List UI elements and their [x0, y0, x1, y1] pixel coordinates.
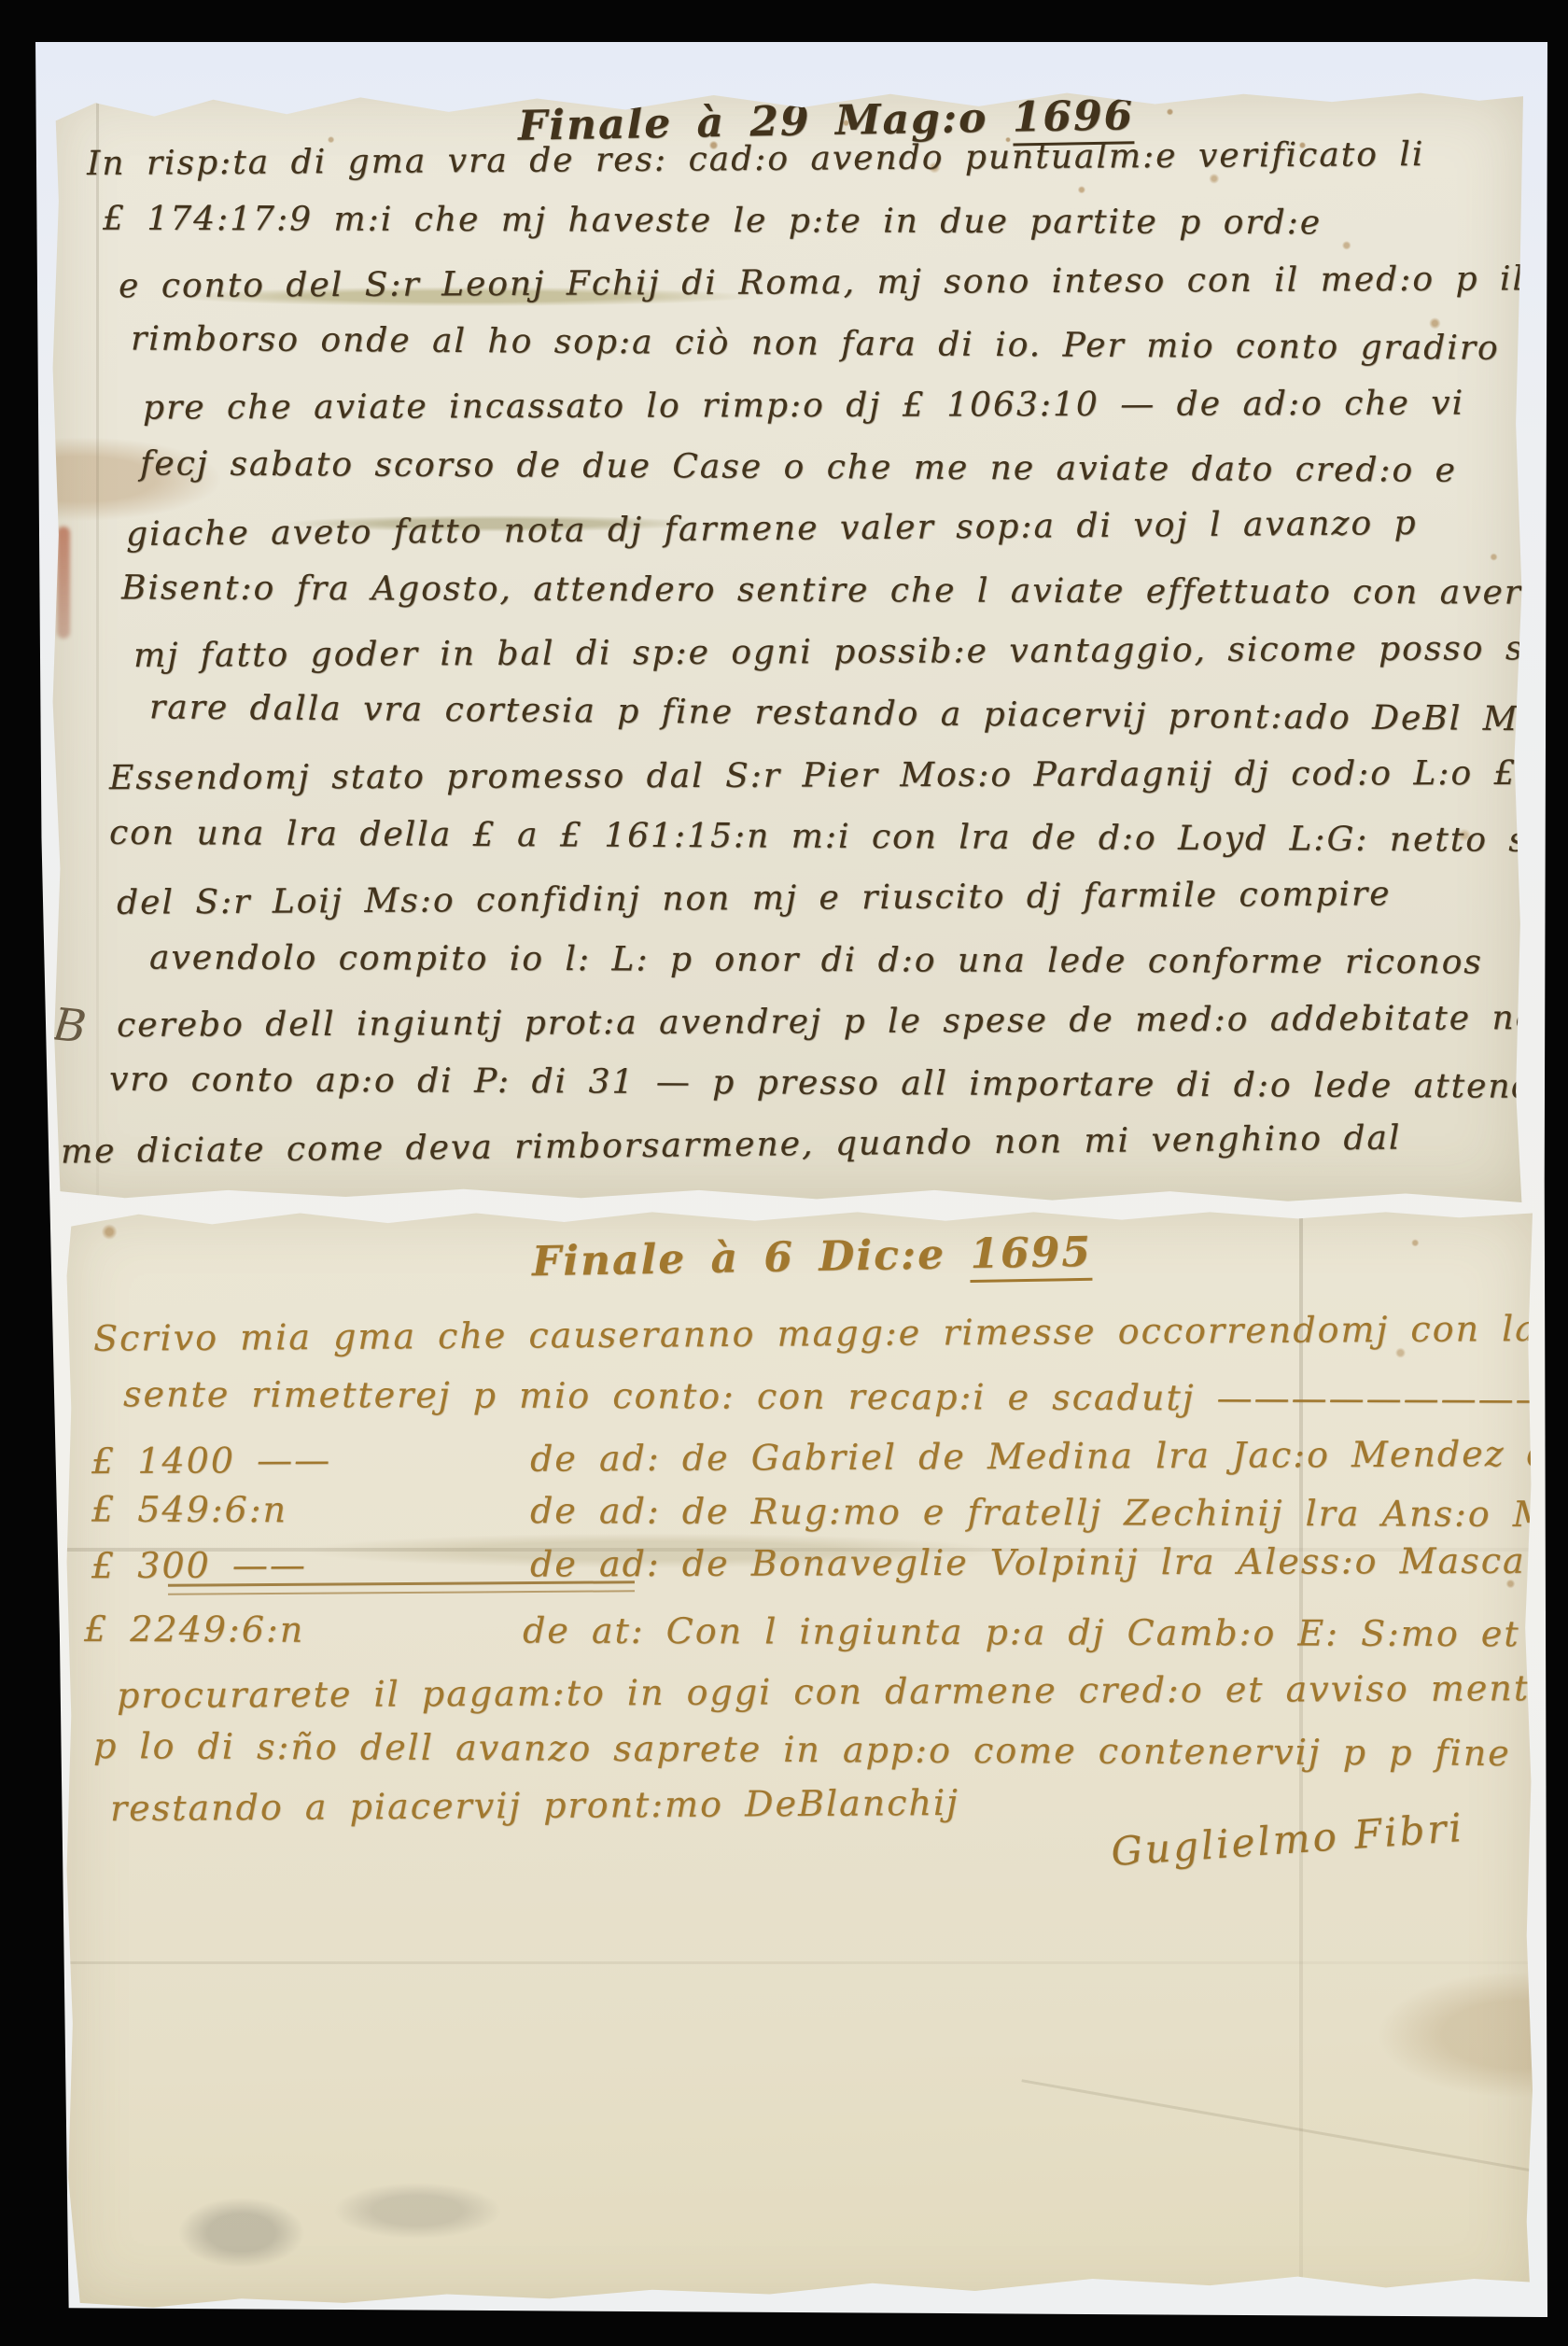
fold-crease	[96, 90, 99, 1202]
amount-text: de ad: de Bonaveglie Volpinij lra Aless:…	[530, 1539, 1533, 1585]
manuscript-line: vro conto ap:o di P: di 31 — p presso al…	[109, 1061, 1523, 1107]
manuscript-line: avendolo compito io l: L: p onor di d:o …	[149, 939, 1483, 982]
manuscript-line: Bisent:o fra Agosto, attendero sentire c…	[121, 569, 1522, 611]
sum-rule	[168, 1580, 635, 1594]
margin-mark: B	[51, 998, 89, 1053]
manuscript-line: e conto del S:r Leonj Fchij di Roma, mj …	[119, 260, 1523, 305]
manuscript-line: Scrivo mia gma che causeranno magg:e rim…	[93, 1307, 1533, 1358]
manuscript-line: me diciate come deva rimborsarmene, quan…	[61, 1118, 1402, 1171]
manuscript-line: del S:r Loij Ms:o confidinj non mj e riu…	[117, 875, 1392, 922]
amount-text: de ad: de Gabriel de Medina lra Jac:o Me…	[530, 1431, 1533, 1480]
manuscript-line: rare dalla vra cortesia p fine restando …	[149, 688, 1523, 738]
dateline-text: Finale à 6 Dic:e	[532, 1231, 946, 1286]
red-stain	[57, 527, 70, 639]
dateline-year: 1695	[970, 1229, 1092, 1283]
manuscript-line: Essendomj stato promesso dal S:r Pier Mo…	[109, 753, 1523, 797]
ledger-row: £ 300 —— de ad: de Bonaveglie Volpinij l…	[91, 1539, 1533, 1586]
letter-1696-paper: B Finale à 29 Mag:o 1696 In risp:ta di g…	[51, 90, 1523, 1202]
dateline: Finale à 6 Dic:e 1695	[532, 1229, 1093, 1285]
manuscript-line: restando a piacervij pront:mo DeBlanchij	[110, 1782, 959, 1829]
manuscript-line: pre che aviate incassato lo rimp:o dj £ …	[143, 385, 1464, 428]
manuscript-scan: B Finale à 29 Mag:o 1696 In risp:ta di g…	[0, 0, 1568, 2346]
ledger-row: £ 549:6:n de ad: de Rug:mo e fratellj Ze…	[91, 1489, 1533, 1537]
amount-figure: £ 1400 ——	[91, 1439, 530, 1482]
total-figure: £ 2249:6:n	[84, 1608, 523, 1651]
manuscript-line: fecj sabato scorso de due Case o che me …	[140, 444, 1457, 489]
manuscript-line: p lo di s:ño dell avanzo saprete in app:…	[93, 1725, 1511, 1774]
manuscript-line: £ 174:17:9 m:i che mj haveste le p:te in…	[103, 200, 1322, 243]
manuscript-line: sente rimetterej p mio conto: con recap:…	[123, 1373, 1533, 1419]
amount-figure: £ 300 ——	[91, 1543, 530, 1586]
manuscript-line: con una lra della £ a £ 161:15:n m:i con…	[109, 814, 1523, 860]
manuscript-line: mj fatto goder in bal di sp:e ogni possi…	[133, 629, 1523, 675]
manuscript-line: In risp:ta di gma vra de res: cad:o aven…	[87, 135, 1425, 183]
fold-crease	[65, 1961, 1533, 1964]
ledger-total-row: £ 2249:6:n de at: Con l ingiunta p:a dj …	[84, 1608, 1533, 1655]
total-text: de at: Con l ingiunta p:a dj Camb:o E: S…	[523, 1609, 1533, 1655]
letter-1695-paper: Finale à 6 Dic:e 1695 Scrivo mia gma che…	[65, 1210, 1533, 2310]
ledger-row: £ 1400 —— de ad: de Gabriel de Medina lr…	[91, 1431, 1533, 1482]
amount-figure: £ 549:6:n	[91, 1489, 530, 1532]
manuscript-line: cerebo dell ingiuntj prot:a avendrej p l…	[117, 999, 1523, 1045]
amount-text: de ad: de Rug:mo e fratellj Zechinij lra…	[530, 1490, 1533, 1536]
fold-crease	[1021, 2079, 1533, 2183]
manuscript-line: rimborso onde al ho sop:a ciò non fara d…	[131, 320, 1523, 369]
manuscript-line: giache aveto fatto nota dj farmene valer…	[126, 504, 1418, 554]
manuscript-line: procurarete il pagam:to in oggi con darm…	[117, 1667, 1533, 1716]
signature: Guglielmo Fibri	[1110, 1805, 1466, 1875]
